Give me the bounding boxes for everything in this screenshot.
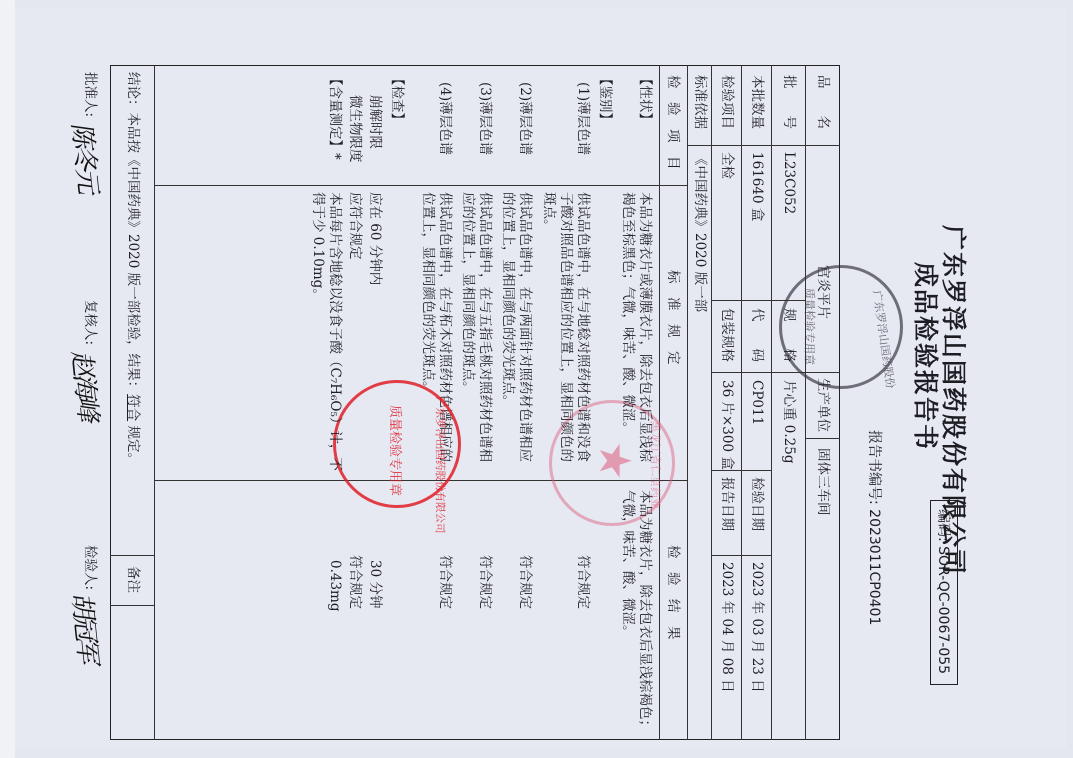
remarks-label: 备注: [124, 566, 141, 593]
assay-result: 0.43mg: [326, 560, 343, 612]
approver-signature: 陈冬元: [64, 120, 108, 193]
identification-4-standard: 供试品色谱中，在与柘木对照药材色谱相应的位置上，显相同颜色的荧光斑点。: [419, 192, 453, 474]
identification-2-standard: 供试品色谱中，在与两面针对照药材色谱相应的位置上，显相同颜色的荧光斑点。: [499, 192, 533, 474]
col-divider: [110, 555, 155, 556]
row-divider: [741, 65, 742, 740]
col-divider: [806, 372, 840, 373]
value-standard-basis: 《中国药典》2020 版一部: [691, 152, 708, 312]
col-divider: [110, 605, 155, 606]
value-inspection-date: 2023 年 03 月 23 日: [748, 562, 765, 693]
label-production-unit: 生产单位: [814, 378, 831, 432]
col-divider: [712, 555, 772, 556]
rotated-document: 编码: SOR-QC-0067-055 广东罗浮山国药股份有限公司 成品检验报告…: [0, 0, 1073, 758]
identification-1-result: 符合规定: [574, 555, 591, 609]
character-standard: 本品为糖衣片或薄膜衣片，除去包衣后显浅棕褐色至棕黑色；气微，味苦、酸、微涩。: [619, 192, 653, 474]
inspection-1-name: 崩解时限: [366, 95, 383, 149]
conclusion-text: 结论：本品按《中国药典》2020 版一部检验，结果：符合 规定。: [124, 72, 141, 466]
inspection-2-name: 微生物限度: [346, 95, 363, 163]
row-divider: [154, 65, 155, 740]
row-divider: [771, 65, 772, 740]
col-divider: [806, 438, 840, 439]
row-divider: [805, 65, 806, 740]
reviewer-label: 复核人:: [81, 300, 98, 345]
value-code: CP011: [748, 380, 765, 425]
report-number-value: 2023011CP0401: [866, 509, 882, 625]
row-divider: [659, 65, 660, 740]
header-standard: 标 准 规 定: [664, 270, 681, 365]
section-identification-heading: 【鉴别】: [596, 72, 613, 126]
report-title: 成品检验报告书: [909, 262, 945, 451]
identification-3-result: 符合规定: [476, 555, 493, 609]
value-inspection-items: 全检: [718, 152, 735, 179]
report-number: 报告书编号: 2023011CP0401: [865, 430, 885, 625]
label-standard-basis: 标准依据: [691, 75, 708, 129]
col-divider: [712, 300, 806, 301]
label-report-date: 报告日期: [718, 477, 735, 531]
value-packaging: 36 片×300 盒: [718, 380, 735, 470]
header-item: 检 验 项 目: [664, 75, 681, 170]
value-report-date: 2023 年 04 月 08 日: [718, 562, 735, 693]
header-result: 检 验 结 果: [664, 545, 681, 640]
label-code: 代 码: [748, 308, 765, 362]
inspection-2-result: 符合规定: [346, 555, 363, 609]
value-batch-no: L23C052: [780, 152, 797, 214]
scan-edge: [0, 0, 15, 758]
assay-standard: 本品每片含地稔以没食子酸（C₇H₆O₅）计，不得于少 0.10mg。: [309, 192, 343, 482]
approver-label: 批准人:: [81, 72, 98, 117]
identification-2-name: (2)薄层色谱: [516, 82, 533, 155]
inspector-signature: 胡冠军: [64, 590, 108, 663]
label-product-name: 品 名: [814, 75, 831, 129]
col-divider: [712, 372, 806, 373]
conclusion-suffix: 规定。: [125, 425, 141, 466]
section-inspection-heading: 【检查】: [388, 72, 405, 126]
report-number-label: 报告书编号:: [866, 430, 882, 505]
col-divider: [155, 480, 688, 481]
identification-2-result: 符合规定: [516, 555, 533, 609]
row-divider: [687, 65, 688, 740]
value-production-unit: 固体三车间: [814, 448, 831, 516]
value-spec: 片心重 0.25g: [780, 380, 797, 464]
label-inspection-items: 检验项目: [718, 75, 735, 129]
identification-1-name: (1)薄层色谱: [574, 82, 591, 155]
label-batch-quantity: 本批数量: [748, 75, 765, 129]
label-batch-no: 批 号: [780, 75, 797, 129]
character-result: 本品为糖衣片，除去包衣后显浅棕褐色；气微，味苦、酸、微涩。: [619, 490, 653, 736]
identification-1-standard: 供试品色谱中，在与地稔对照药材色谱和没食子酸对照品色谱相应的位置上，显相同颜色的…: [540, 192, 591, 474]
label-inspection-date: 检验日期: [748, 477, 765, 531]
inspection-1-standard: 应在 60 分钟内: [366, 192, 383, 285]
value-product-name: 宫炎平片: [814, 265, 831, 319]
inspection-2-standard: 应符合规定: [346, 192, 363, 260]
reviewer-signature: 赵海峰: [64, 348, 108, 421]
identification-3-name: (3)薄层色谱: [476, 82, 493, 155]
label-packaging: 包装规格: [718, 308, 735, 362]
conclusion-result: 符合: [125, 394, 141, 421]
row-divider: [711, 65, 712, 740]
section-assay-heading: 【含量测定】*: [326, 72, 343, 160]
value-batch-quantity: 161640 盒: [748, 152, 765, 221]
col-divider: [688, 145, 840, 146]
col-divider: [155, 185, 688, 186]
label-spec: 规 格: [780, 308, 797, 362]
identification-4-result: 符合规定: [436, 555, 453, 609]
identification-4-name: (4)薄层色谱: [436, 82, 453, 155]
inspection-1-result: 30 分钟: [366, 560, 383, 608]
inspector-label: 检验人:: [81, 545, 98, 590]
identification-3-standard: 供试品色谱中，在与五指毛桃对照药材色谱相应的位置上，显相同颜色的斑点。: [459, 192, 493, 474]
section-character-heading: 【性状】: [636, 72, 653, 126]
col-divider: [712, 470, 772, 471]
conclusion-prefix: 结论：本品按《中国药典》2020 版一部检验，结果：: [125, 72, 141, 394]
